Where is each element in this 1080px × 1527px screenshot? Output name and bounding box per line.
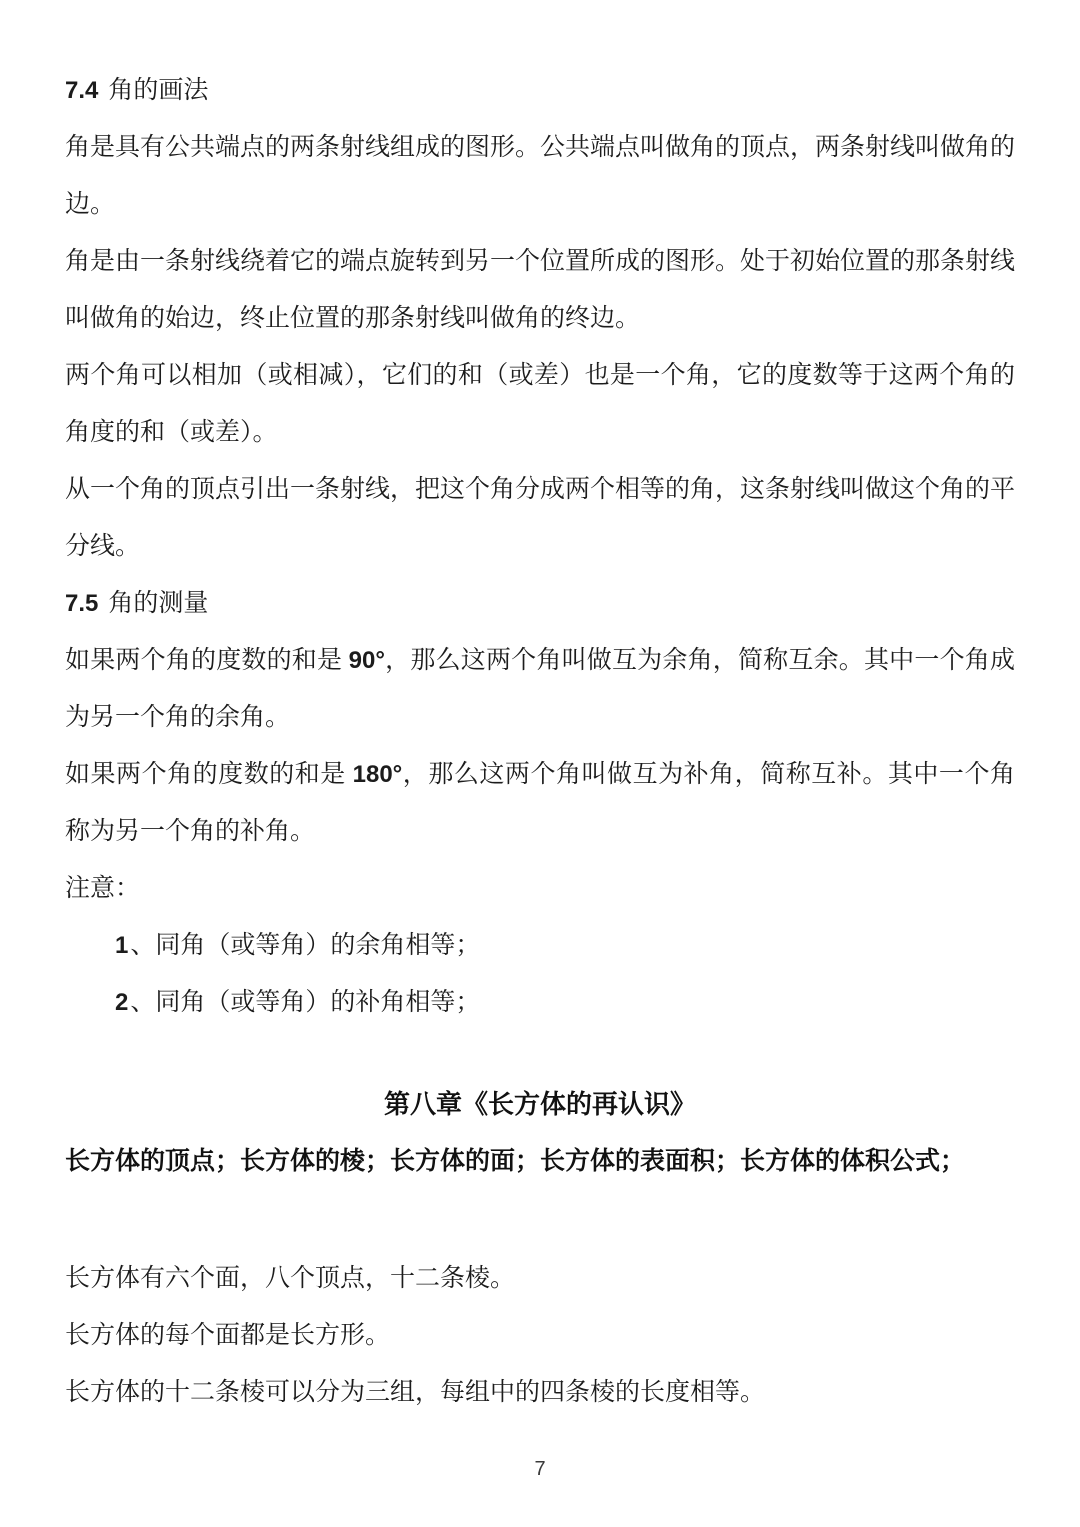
paragraph-cuboid-faces: 长方体有六个面，八个顶点，十二条棱。	[65, 1250, 1015, 1307]
paragraph-angle-rotation: 角是由一条射线绕着它的端点旋转到另一个位置所成的图形。处于初始位置的那条射线叫做…	[65, 233, 1015, 347]
text-before-degree: 如果两个角的度数的和是	[65, 761, 353, 788]
section-7-5-heading: 7.5角的测量	[65, 575, 1015, 632]
paragraph-angle-definition: 角是具有公共端点的两条射线组成的图形。公共端点叫做角的顶点，两条射线叫做角的边。	[65, 119, 1015, 233]
section-title: 角的测量	[108, 590, 208, 617]
section-7-4-heading: 7.4角的画法	[65, 62, 1015, 119]
degree-value-180: 180°	[353, 761, 403, 788]
page-number: 7	[65, 1441, 1015, 1498]
paragraph-supplementary-angles: 如果两个角的度数的和是 180°，那么这两个角叫做互为补角，简称互补。其中一个角…	[65, 746, 1015, 860]
note-item-2: 2、同角（或等角）的补角相等；	[65, 974, 1015, 1031]
paragraph-complementary-angles: 如果两个角的度数的和是 90°，那么这两个角叫做互为余角，简称互余。其中一个角成…	[65, 632, 1015, 746]
text-before-degree: 如果两个角的度数的和是	[65, 647, 349, 674]
section-title: 角的画法	[108, 77, 208, 104]
paragraph-cuboid-rectangles: 长方体的每个面都是长方形。	[65, 1307, 1015, 1364]
section-number: 7.5	[65, 590, 98, 617]
paragraph-angle-addition: 两个角可以相加（或相减），它们的和（或差）也是一个角，它的度数等于这两个角的角度…	[65, 347, 1015, 461]
note-text: 、同角（或等角）的补角相等；	[130, 989, 480, 1016]
document-page: 7.4角的画法 角是具有公共端点的两条射线组成的图形。公共端点叫做角的顶点，两条…	[0, 0, 1080, 1498]
degree-value-90: 90°	[349, 647, 385, 674]
paragraph-cuboid-edges: 长方体的十二条棱可以分为三组，每组中的四条棱的长度相等。	[65, 1364, 1015, 1421]
note-label: 注意：	[65, 860, 1015, 917]
note-number: 1	[115, 932, 128, 959]
chapter-8-title: 第八章《长方体的再认识》	[65, 1076, 1015, 1133]
note-text: 、同角（或等角）的余角相等；	[130, 932, 480, 959]
section-number: 7.4	[65, 77, 98, 104]
note-item-1: 1、同角（或等角）的余角相等；	[65, 917, 1015, 974]
note-number: 2	[115, 989, 128, 1016]
paragraph-angle-bisector: 从一个角的顶点引出一条射线，把这个角分成两个相等的角，这条射线叫做这个角的平分线…	[65, 461, 1015, 575]
chapter-8-keywords: 长方体的顶点；长方体的棱；长方体的面；长方体的表面积；长方体的体积公式；	[65, 1133, 1015, 1190]
